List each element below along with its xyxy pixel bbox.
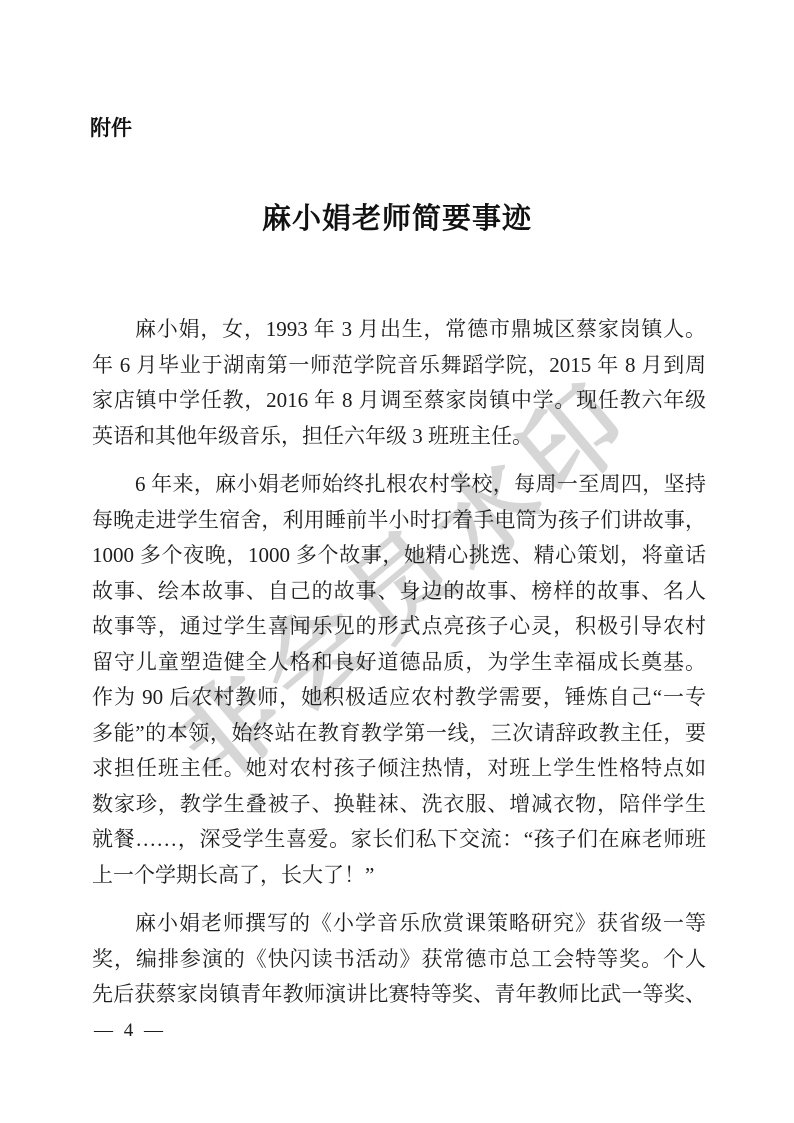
text-line: 1000 多个夜晚，1000 多个故事，她精心挑选、精心策划，将童话: [92, 538, 706, 574]
text-line: 多能”的本领，始终站在教育教学第一线，三次请辞政教主任，要: [92, 716, 706, 752]
document-page: 非会员水印 附件 麻小娟老师简要事迹 麻小娟，女，1993 年 3 月出生，常德…: [0, 0, 794, 1123]
text-line: 麻小娟老师撰写的《小学音乐欣赏课策略研究》获省级一等: [92, 906, 706, 942]
paragraph: 麻小娟老师撰写的《小学音乐欣赏课策略研究》获省级一等奖，编排参演的《快闪读书活动…: [92, 906, 706, 1013]
text-line: 故事、绘本故事、自己的故事、身边的故事、榜样的故事、名人: [92, 574, 706, 610]
text-line: 就餐……，深受学生喜爱。家长们私下交流：“孩子们在麻老师班: [92, 822, 706, 858]
text-line: 先后获蔡家岗镇青年教师演讲比赛特等奖、青年教师比武一等奖、: [92, 977, 706, 1013]
text-line: 麻小娟，女，1993 年 3 月出生，常德市鼎城区蔡家岗镇人。2015: [92, 312, 706, 348]
text-line: 故事等，通过学生喜闻乐见的形式点亮孩子心灵，积极引导农村: [92, 609, 706, 645]
text-line: 6 年来，麻小娟老师始终扎根农村学校，每周一至周四，坚持: [92, 467, 706, 503]
text-line: 作为 90 后农村教师，她积极适应农村教学需要，锤炼自己“一专: [92, 680, 706, 716]
text-line: 留守儿童塑造健全人格和良好道德品质，为学生幸福成长奠基。: [92, 645, 706, 681]
text-line: 奖，编排参演的《快闪读书活动》获常德市总工会特等奖。个人: [92, 942, 706, 978]
page-number: — 4 —: [94, 1020, 166, 1042]
page-title: 麻小娟老师简要事迹: [0, 196, 794, 237]
text-line: 上一个学期长高了，长大了！”: [92, 858, 706, 894]
text-line: 英语和其他年级音乐，担任六年级 3 班班主任。: [92, 419, 706, 455]
attachment-label: 附件: [90, 112, 132, 142]
text-line: 数家珍，教学生叠被子、换鞋袜、洗衣服、增减衣物，陪伴学生: [92, 787, 706, 823]
body-text: 麻小娟，女，1993 年 3 月出生，常德市鼎城区蔡家岗镇人。2015年 6 月…: [92, 312, 706, 1013]
text-line: 每晚走进学生宿舍，利用睡前半小时打着手电筒为孩子们讲故事，: [92, 503, 706, 539]
text-line: 年 6 月毕业于湖南第一师范学院音乐舞蹈学院，2015 年 8 月到周: [92, 348, 706, 384]
text-line: 求担任班主任。她对农村孩子倾注热情，对班上学生性格特点如: [92, 751, 706, 787]
text-line: 家店镇中学任教，2016 年 8 月调至蔡家岗镇中学。现任教六年级: [92, 383, 706, 419]
paragraph: 麻小娟，女，1993 年 3 月出生，常德市鼎城区蔡家岗镇人。2015年 6 月…: [92, 312, 706, 454]
paragraph: 6 年来，麻小娟老师始终扎根农村学校，每周一至周四，坚持每晚走进学生宿舍，利用睡…: [92, 467, 706, 893]
